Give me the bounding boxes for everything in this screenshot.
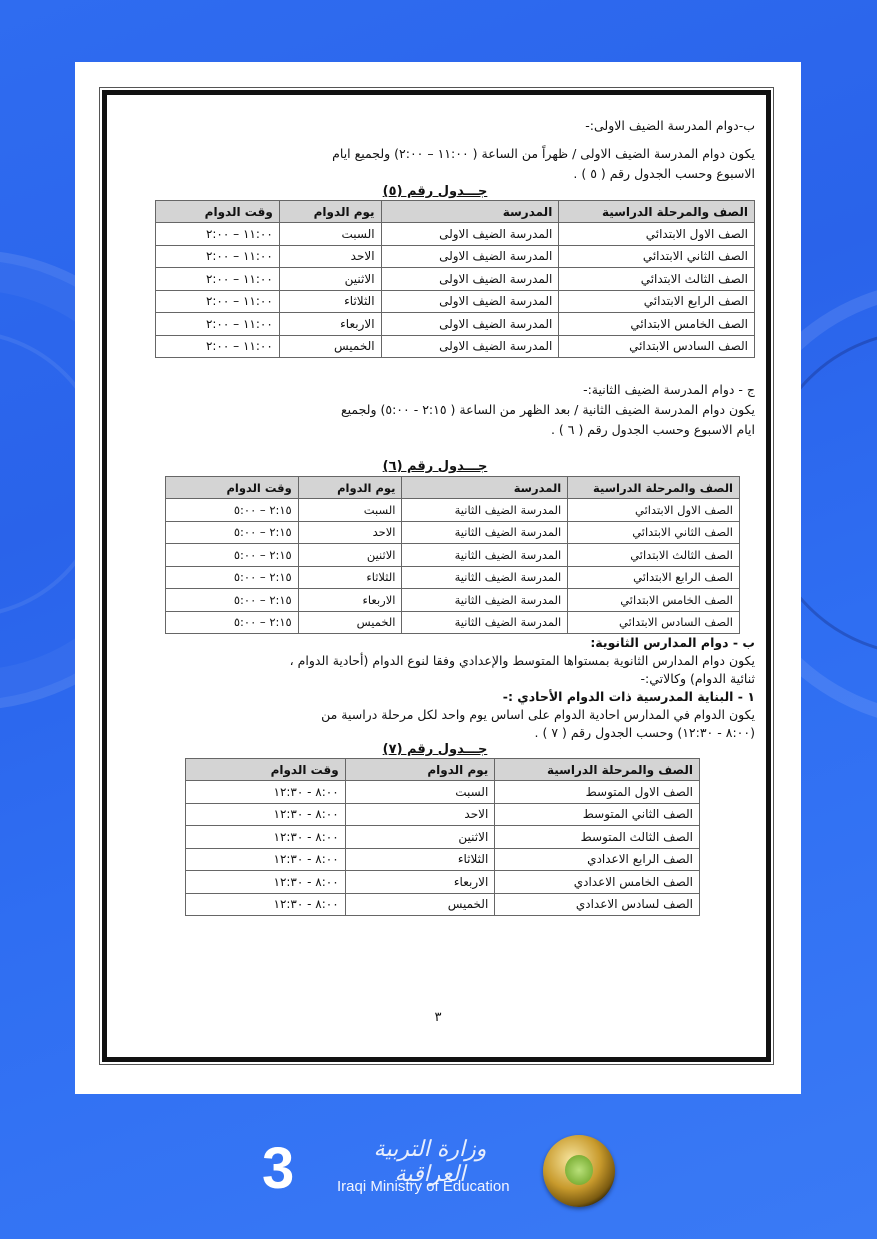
cell-time: ٨:٠٠ - ١٢:٣٠: [186, 803, 346, 826]
section-heading-guest-second: ج - دوام المدرسة الضيف الثانية:-: [115, 380, 755, 400]
table-row: الصف السادس الابتدائي المدرسة الضيف الاو…: [156, 335, 755, 358]
cell-grade: الصف الثاني المتوسط: [495, 803, 700, 826]
table-header-row: الصف والمرحلة الدراسية المدرسة يوم الدوا…: [166, 477, 740, 499]
table-row: الصف الخامس الاعدادي الاربعاء ٨:٠٠ - ١٢:…: [186, 871, 700, 894]
footer-page-number: 3: [262, 1135, 294, 1202]
table-caption-5: جـــدول رقم (٥): [115, 184, 755, 200]
cell-day: الخميس: [345, 893, 495, 916]
section-heading-secondary: ب - دوام المدارس الثانوية:: [115, 634, 755, 652]
cell-school: المدرسة الضيف الثانية: [402, 589, 568, 612]
column-header-grade: الصف والمرحلة الدراسية: [568, 477, 740, 499]
cell-time: ١١:٠٠ – ٢:٠٠: [156, 223, 280, 246]
table-row: الصف لسادس الاعدادي الخميس ٨:٠٠ - ١٢:٣٠: [186, 893, 700, 916]
cell-day: الاحد: [298, 521, 402, 544]
cell-grade: الصف الاول الابتدائي: [568, 499, 740, 522]
cell-day: الاربعاء: [345, 871, 495, 894]
column-header-school: المدرسة: [381, 201, 559, 223]
cell-time: ٢:١٥ – ٥:٠٠: [166, 566, 299, 589]
cell-day: الاثنين: [298, 544, 402, 567]
cell-day: السبت: [298, 499, 402, 522]
column-header-day: يوم الدوام: [345, 759, 495, 781]
section-heading-guest-first: ب-دوام المدرسة الضيف الاولى:-: [115, 116, 755, 136]
cell-grade: الصف السادس الابتدائي: [559, 335, 755, 358]
cell-school: المدرسة الضيف الاولى: [381, 245, 559, 268]
cell-time: ١١:٠٠ – ٢:٠٠: [156, 245, 280, 268]
table-caption-7: جـــدول رقم (٧): [115, 742, 755, 758]
page-number-arabic: ٣: [75, 1010, 801, 1025]
column-header-grade: الصف والمرحلة الدراسية: [559, 201, 755, 223]
cell-school: المدرسة الضيف الاولى: [381, 223, 559, 246]
cell-time: ٨:٠٠ - ١٢:٣٠: [186, 893, 346, 916]
cell-time: ٨:٠٠ - ١٢:٣٠: [186, 826, 346, 849]
table-row: الصف الثالث المتوسط الاثنين ٨:٠٠ - ١٢:٣٠: [186, 826, 700, 849]
cell-day: الخميس: [279, 335, 381, 358]
cell-day: الخميس: [298, 611, 402, 634]
table-row: الصف الخامس الابتدائي المدرسة الضيف الاو…: [156, 313, 755, 336]
cell-grade: الصف الخامس الابتدائي: [568, 589, 740, 612]
table-row: الصف الرابع الابتدائي المدرسة الضيف الثا…: [166, 566, 740, 589]
cell-time: ١١:٠٠ – ٢:٠٠: [156, 290, 280, 313]
schedule-table-5: الصف والمرحلة الدراسية المدرسة يوم الدوا…: [155, 200, 755, 358]
cell-time: ٢:١٥ – ٥:٠٠: [166, 611, 299, 634]
cell-time: ١١:٠٠ – ٢:٠٠: [156, 335, 280, 358]
cell-grade: الصف الرابع الاعدادي: [495, 848, 700, 871]
cell-time: ٢:١٥ – ٥:٠٠: [166, 499, 299, 522]
cell-time: ٢:١٥ – ٥:٠٠: [166, 544, 299, 567]
column-header-day: يوم الدوام: [279, 201, 381, 223]
schedule-table-7: الصف والمرحلة الدراسية يوم الدوام وقت ال…: [185, 758, 700, 916]
ministry-seal-icon: [543, 1135, 615, 1207]
table-header-row: الصف والمرحلة الدراسية المدرسة يوم الدوا…: [156, 201, 755, 223]
document-page: ب-دوام المدرسة الضيف الاولى:- يكون دوام …: [75, 62, 801, 1094]
cell-school: المدرسة الضيف الثانية: [402, 566, 568, 589]
cell-time: ٨:٠٠ - ١٢:٣٠: [186, 848, 346, 871]
cell-grade: الصف الثاني الابتدائي: [568, 521, 740, 544]
cell-time: ١١:٠٠ – ٢:٠٠: [156, 268, 280, 291]
column-header-time: وقت الدوام: [156, 201, 280, 223]
column-header-school: المدرسة: [402, 477, 568, 499]
cell-grade: الصف لسادس الاعدادي: [495, 893, 700, 916]
cell-day: الاثنين: [279, 268, 381, 291]
seal-center-icon: [565, 1155, 593, 1185]
table-row: الصف الثاني الابتدائي المدرسة الضيف الاو…: [156, 245, 755, 268]
ministry-name-english: Iraqi Ministry of Education: [337, 1178, 510, 1195]
table-caption-6: جـــدول رقم (٦): [115, 458, 755, 476]
cell-day: السبت: [279, 223, 381, 246]
cell-school: المدرسة الضيف الاولى: [381, 268, 559, 291]
page-content: ب-دوام المدرسة الضيف الاولى:- يكون دوام …: [115, 92, 755, 916]
section-body-line: يكون الدوام في المدارس احادية الدوام على…: [115, 706, 755, 724]
cell-time: ١١:٠٠ – ٢:٠٠: [156, 313, 280, 336]
section-body-line: ثنائية الدوام) وكالاتي:-: [115, 670, 755, 688]
table-row: الصف الثالث الابتدائي المدرسة الضيف الثا…: [166, 544, 740, 567]
table-row: الصف الرابع الابتدائي المدرسة الضيف الاو…: [156, 290, 755, 313]
cell-time: ٨:٠٠ - ١٢:٣٠: [186, 871, 346, 894]
sub-heading-single-shift: ١ - البناية المدرسية ذات الدوام الأحادي …: [115, 688, 755, 706]
cell-school: المدرسة الضيف الثانية: [402, 521, 568, 544]
cell-grade: الصف الثالث الابتدائي: [559, 268, 755, 291]
section-body-line: يكون دوام المدرسة الضيف الاولى / ظهراً م…: [115, 144, 755, 164]
table-row: الصف الخامس الابتدائي المدرسة الضيف الثا…: [166, 589, 740, 612]
cell-grade: الصف الخامس الاعدادي: [495, 871, 700, 894]
footer-branding: 3 وزارة التربية العراقية Iraqi Ministry …: [0, 1125, 877, 1220]
cell-grade: الصف الرابع الابتدائي: [559, 290, 755, 313]
cell-day: الاثنين: [345, 826, 495, 849]
section-body-line: (٨:٠٠ - ١٢:٣٠) وحسب الجدول رقم ( ٧ ) .: [115, 724, 755, 742]
schedule-table-6: الصف والمرحلة الدراسية المدرسة يوم الدوا…: [165, 476, 740, 634]
cell-school: المدرسة الضيف الاولى: [381, 335, 559, 358]
cell-time: ٨:٠٠ - ١٢:٣٠: [186, 781, 346, 804]
cell-school: المدرسة الضيف الثانية: [402, 499, 568, 522]
cell-school: المدرسة الضيف الثانية: [402, 611, 568, 634]
column-header-time: وقت الدوام: [166, 477, 299, 499]
cell-grade: الصف الخامس الابتدائي: [559, 313, 755, 336]
section-body-line: ايام الاسبوع وحسب الجدول رقم ( ٦ ) .: [115, 420, 755, 440]
cell-time: ٢:١٥ – ٥:٠٠: [166, 589, 299, 612]
table-row: الصف السادس الابتدائي المدرسة الضيف الثا…: [166, 611, 740, 634]
table-row: الصف الاول الابتدائي المدرسة الضيف الثان…: [166, 499, 740, 522]
cell-day: الاحد: [279, 245, 381, 268]
cell-day: الثلاثاء: [345, 848, 495, 871]
cell-grade: الصف الثالث المتوسط: [495, 826, 700, 849]
table-header-row: الصف والمرحلة الدراسية يوم الدوام وقت ال…: [186, 759, 700, 781]
table-row: الصف الاول الابتدائي المدرسة الضيف الاول…: [156, 223, 755, 246]
table-row: الصف الثاني المتوسط الاحد ٨:٠٠ - ١٢:٣٠: [186, 803, 700, 826]
cell-school: المدرسة الضيف الاولى: [381, 313, 559, 336]
section-body-line: يكون دوام المدرسة الضيف الثانية / بعد ال…: [115, 400, 755, 420]
table-row: الصف الثالث الابتدائي المدرسة الضيف الاو…: [156, 268, 755, 291]
cell-time: ٢:١٥ – ٥:٠٠: [166, 521, 299, 544]
cell-day: الثلاثاء: [279, 290, 381, 313]
cell-day: الاحد: [345, 803, 495, 826]
cell-grade: الصف السادس الابتدائي: [568, 611, 740, 634]
column-header-day: يوم الدوام: [298, 477, 402, 499]
section-body-line: الاسبوع وحسب الجدول رقم ( ٥ ) .: [115, 164, 755, 184]
table-row: الصف الاول المتوسط السبت ٨:٠٠ - ١٢:٣٠: [186, 781, 700, 804]
table-row: الصف الثاني الابتدائي المدرسة الضيف الثا…: [166, 521, 740, 544]
cell-day: الاربعاء: [279, 313, 381, 336]
column-header-grade: الصف والمرحلة الدراسية: [495, 759, 700, 781]
cell-school: المدرسة الضيف الاولى: [381, 290, 559, 313]
cell-day: السبت: [345, 781, 495, 804]
cell-grade: الصف الاول الابتدائي: [559, 223, 755, 246]
cell-day: الثلاثاء: [298, 566, 402, 589]
cell-grade: الصف الرابع الابتدائي: [568, 566, 740, 589]
section-body-line: يكون دوام المدارس الثانوية بمستواها المت…: [115, 652, 755, 670]
table-row: الصف الرابع الاعدادي الثلاثاء ٨:٠٠ - ١٢:…: [186, 848, 700, 871]
cell-day: الاربعاء: [298, 589, 402, 612]
cell-grade: الصف الثالث الابتدائي: [568, 544, 740, 567]
column-header-time: وقت الدوام: [186, 759, 346, 781]
cell-school: المدرسة الضيف الثانية: [402, 544, 568, 567]
cell-grade: الصف الاول المتوسط: [495, 781, 700, 804]
cell-grade: الصف الثاني الابتدائي: [559, 245, 755, 268]
